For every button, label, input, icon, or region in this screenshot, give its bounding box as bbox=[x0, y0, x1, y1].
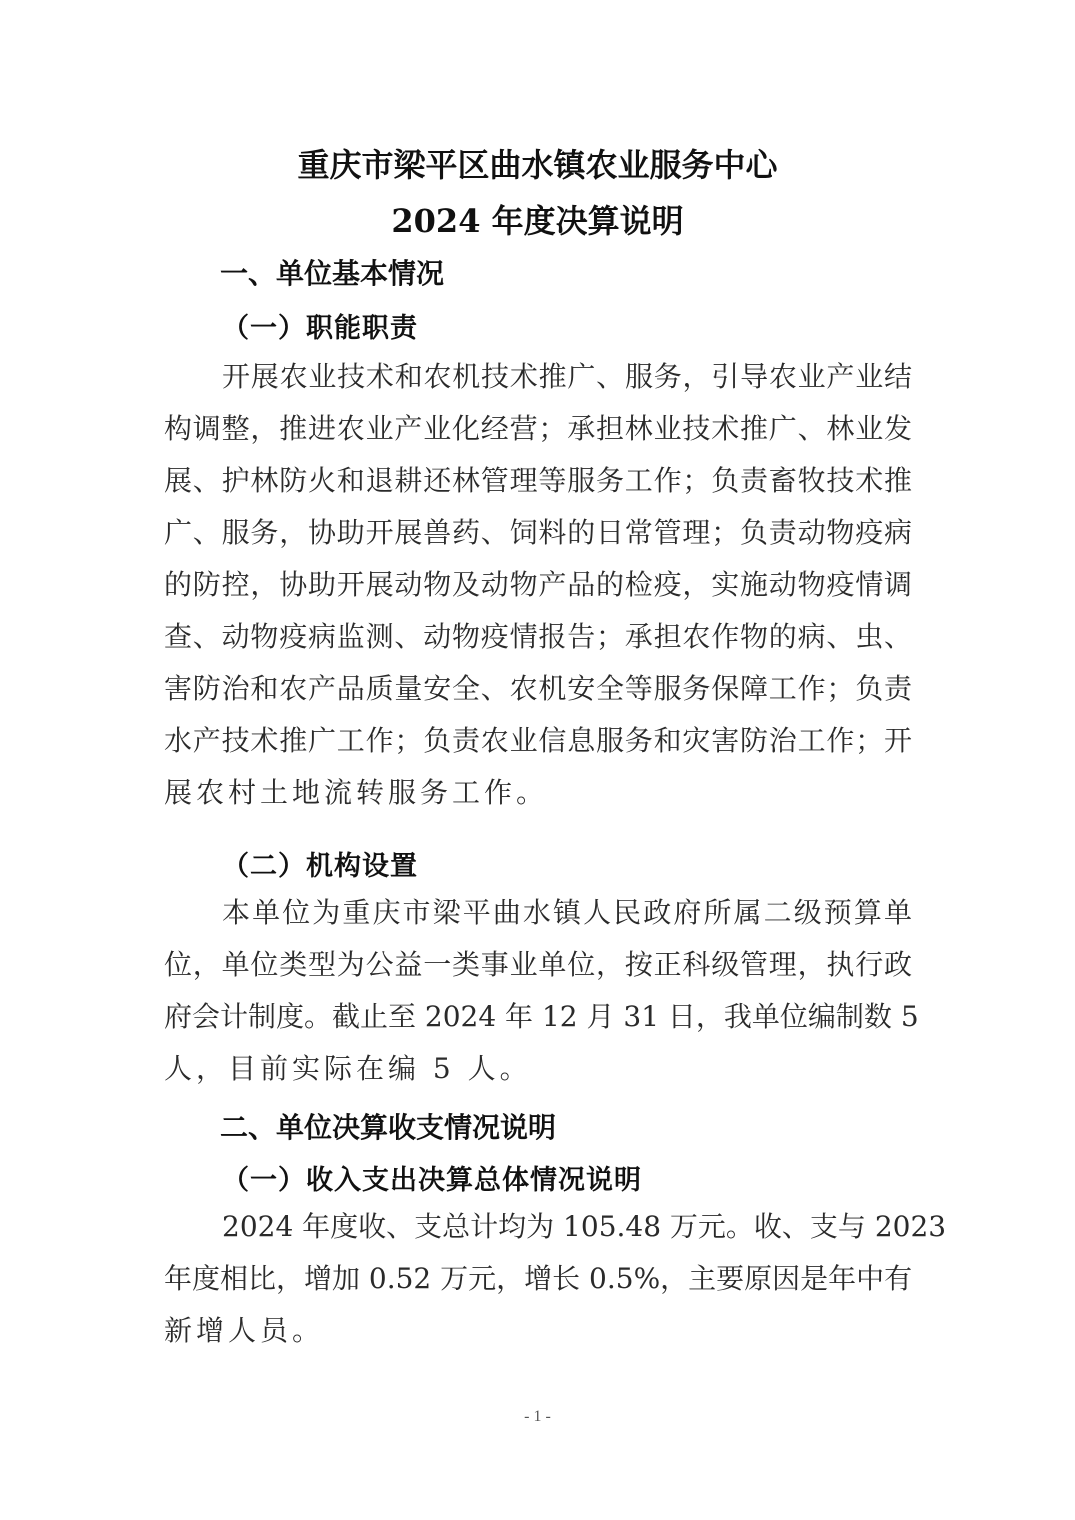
subsection-heading: （二）机构设置 bbox=[222, 844, 418, 883]
document-title: 重庆市梁平区曲水镇农业服务中心 bbox=[0, 140, 1075, 186]
paragraph-line: 的防控，协助开展动物及动物产品的检疫，实施动物疫情调 bbox=[164, 568, 912, 602]
paragraph-line: 府会计制度。截止至 2024 年 12 月 31 日，我单位编制数 5 bbox=[164, 1000, 912, 1034]
subsection-heading: （一）职能职责 bbox=[222, 306, 418, 345]
document-page: 重庆市梁平区曲水镇农业服务中心 2024 年度决算说明 一、单位基本情况 （一）… bbox=[0, 0, 1075, 1520]
section-heading: 一、单位基本情况 bbox=[220, 252, 444, 292]
paragraph-line: 年度相比，增加 0.52 万元，增长 0.5%，主要原因是年中有 bbox=[164, 1262, 912, 1296]
paragraph-line: 展农村土地流转服务工作。 bbox=[164, 776, 912, 810]
paragraph-line: 构调整，推进农业产业化经营；承担林业技术推广、林业发 bbox=[164, 412, 912, 446]
paragraph-line: 害防治和农产品质量安全、农机安全等服务保障工作；负责 bbox=[164, 672, 912, 706]
document-subtitle: 2024 年度决算说明 bbox=[0, 196, 1075, 242]
paragraph-line: 位，单位类型为公益一类事业单位，按正科级管理，执行政 bbox=[164, 948, 912, 982]
paragraph-line: 开展农业技术和农机技术推广、服务，引导农业产业结 bbox=[222, 360, 912, 394]
paragraph-line: 新增人员。 bbox=[164, 1314, 912, 1348]
paragraph-line: 本单位为重庆市梁平曲水镇人民政府所属二级预算单 bbox=[222, 896, 912, 930]
paragraph-line: 广、服务，协助开展兽药、饲料的日常管理；负责动物疫病 bbox=[164, 516, 912, 550]
paragraph-line: 2024 年度收、支总计均为 105.48 万元。收、支与 2023 bbox=[222, 1210, 912, 1244]
subsection-heading: （一）收入支出决算总体情况说明 bbox=[222, 1158, 642, 1197]
paragraph-line: 展、护林防火和退耕还林管理等服务工作；负责畜牧技术推 bbox=[164, 464, 912, 498]
page-number: - 1 - bbox=[0, 1408, 1075, 1426]
paragraph-line: 查、动物疫病监测、动物疫情报告；承担农作物的病、虫、 bbox=[164, 620, 912, 654]
section-heading: 二、单位决算收支情况说明 bbox=[220, 1106, 556, 1146]
paragraph-line: 人，目前实际在编 5 人。 bbox=[164, 1052, 912, 1086]
paragraph-line: 水产技术推广工作；负责农业信息服务和灾害防治工作；开 bbox=[164, 724, 912, 758]
